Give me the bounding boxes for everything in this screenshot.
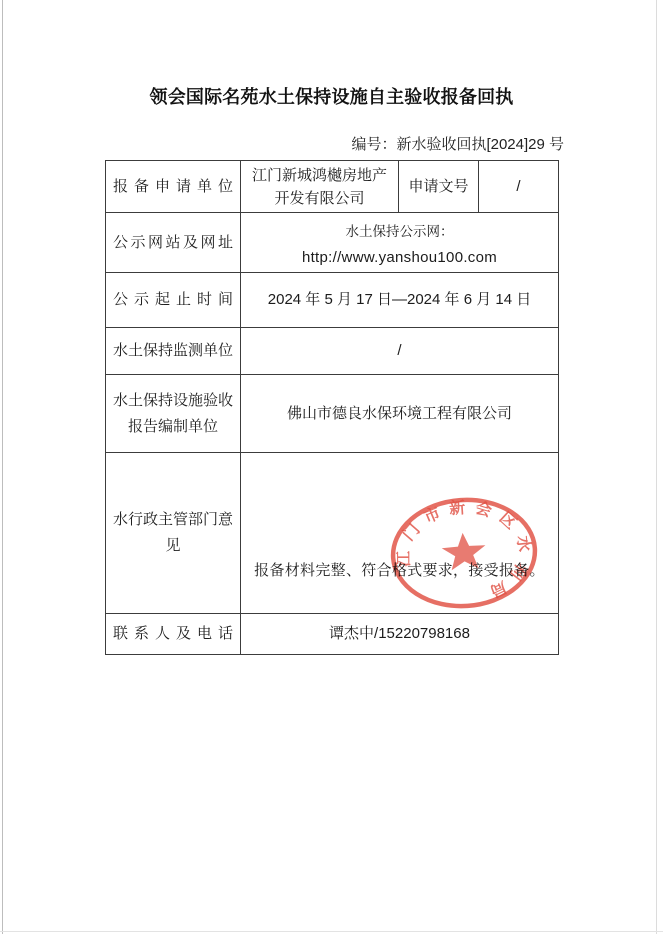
report-unit-value-cell: 佛山市德良水保环境工程有限公司 — [241, 375, 559, 453]
opinion-label-cell: 水行政主管部门意 见 — [106, 453, 241, 614]
page-edge-shadow-right — [656, 0, 657, 934]
doc-no-label: 申请文号 — [399, 176, 478, 198]
website-value-cell: 水土保持公示网： http://www.yanshou100.com — [241, 213, 559, 273]
receipt-form-table: 报备申请单位 江门新城鸿樾房地产开发有限公司 申请文号 / 公示网站及网址 水土… — [105, 160, 559, 655]
page-edge-shadow-left — [2, 0, 3, 934]
table-row-report-unit: 水土保持设施验收 报告编制单位 佛山市德良水保环境工程有限公司 — [106, 375, 559, 453]
period-label-cell: 公示起止时间 — [106, 273, 241, 328]
table-row-website: 公示网站及网址 水土保持公示网： http://www.yanshou100.c… — [106, 213, 559, 273]
table-row-applicant: 报备申请单位 江门新城鸿樾房地产开发有限公司 申请文号 / — [106, 161, 559, 213]
period-value: 2024 年 5 月 17 日—2024 年 6 月 14 日 — [241, 289, 558, 311]
table-row-period: 公示起止时间 2024 年 5 月 17 日—2024 年 6 月 14 日 — [106, 273, 559, 328]
monitor-label-cell: 水土保持监测单位 — [106, 328, 241, 375]
website-label-cell: 公示网站及网址 — [106, 213, 241, 273]
contact-label: 联系人及电话 — [113, 623, 233, 645]
applicant-value-cell: 江门新城鸿樾房地产开发有限公司 — [241, 161, 399, 213]
table-row-contact: 联系人及电话 谭杰中/15220798168 — [106, 614, 559, 655]
document-title: 领会国际名苑水土保持设施自主验收报备回执 — [0, 83, 663, 109]
website-label: 公示网站及网址 — [113, 232, 233, 254]
website-site-name: 水土保持公示网： — [346, 220, 454, 240]
report-unit-label-line1: 水土保持设施验收 — [113, 388, 233, 414]
monitor-value-cell: / — [241, 328, 559, 375]
opinion-value-cell: 报备材料完整、符合格式要求，接受报备。 接受单位：（盖章） 2024 年 7 月… — [241, 453, 559, 614]
scanned-document-page: { "page": { "title": "领会国际名苑水土保持设施自主验收报备… — [0, 0, 663, 934]
contact-label-cell: 联系人及电话 — [106, 614, 241, 655]
contact-value: 谭杰中/15220798168 — [241, 623, 558, 645]
report-unit-label-cell: 水土保持设施验收 报告编制单位 — [106, 375, 241, 453]
document-number: 编号：新水验收回执[2024]29 号 — [351, 133, 564, 154]
table-row-opinion: 水行政主管部门意 见 报备材料完整、符合格式要求，接受报备。 接受单位：（盖章）… — [106, 453, 559, 614]
opinion-label-line1: 水行政主管部门意 — [113, 507, 233, 533]
monitor-value: / — [241, 340, 558, 362]
table-row-monitor: 水土保持监测单位 / — [106, 328, 559, 375]
applicant-label: 报备申请单位 — [113, 176, 233, 198]
period-value-cell: 2024 年 5 月 17 日—2024 年 6 月 14 日 — [241, 273, 559, 328]
doc-no-value-cell: / — [479, 161, 559, 213]
website-url: http://www.yanshou100.com — [302, 249, 497, 266]
monitor-label: 水土保持监测单位 — [113, 340, 233, 362]
period-label: 公示起止时间 — [113, 289, 233, 311]
contact-value-cell: 谭杰中/15220798168 — [241, 614, 559, 655]
report-unit-value: 佛山市德良水保环境工程有限公司 — [241, 403, 558, 425]
doc-no-label-cell: 申请文号 — [399, 161, 479, 213]
applicant-label-cell: 报备申请单位 — [106, 161, 241, 213]
report-unit-label-line2: 报告编制单位 — [113, 414, 233, 440]
opinion-label-line2: 见 — [113, 533, 233, 559]
page-edge-shadow-bottom — [0, 931, 663, 932]
opinion-statement: 报备材料完整、符合格式要求，接受报备。 — [241, 559, 558, 580]
applicant-value: 江门新城鸿樾房地产开发有限公司 — [241, 164, 398, 210]
doc-no-value: / — [479, 176, 558, 198]
